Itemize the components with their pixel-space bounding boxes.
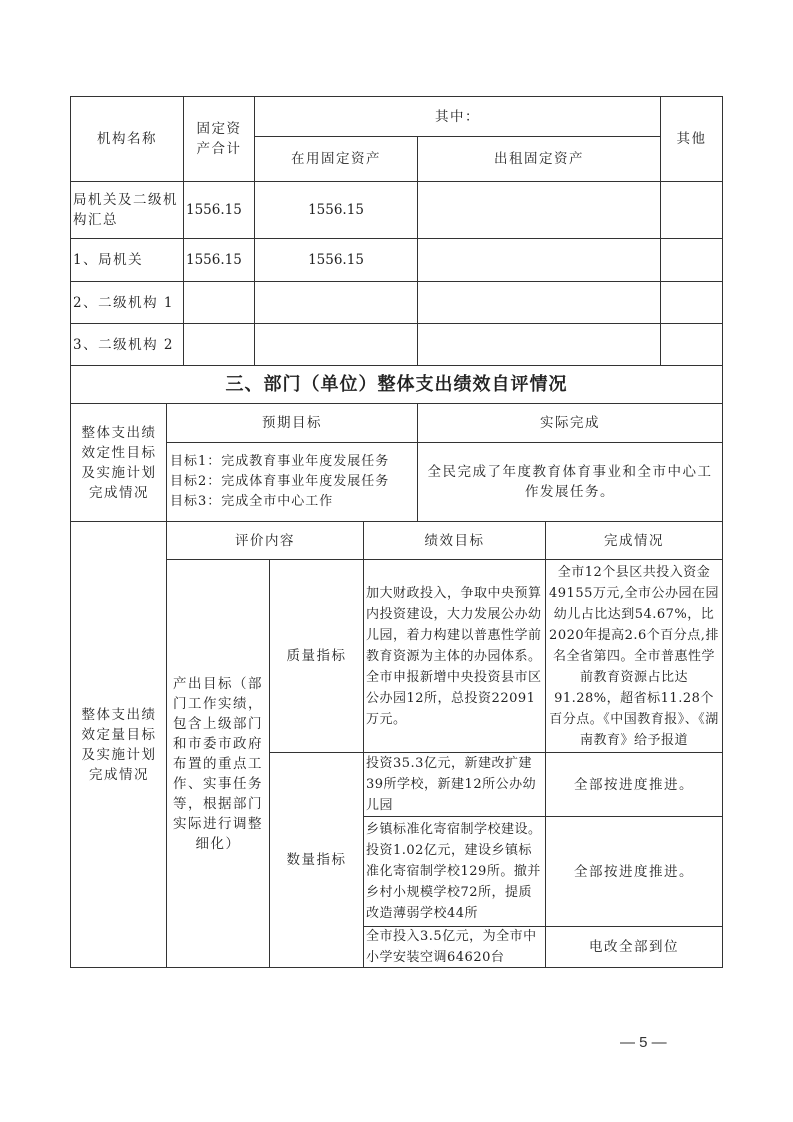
target-header: 绩效目标: [364, 522, 545, 559]
quantity-result: 电改全部到位: [546, 927, 722, 967]
quantitative-label: 整体支出绩效定量目标及实施计划完成情况: [72, 522, 166, 967]
row-name: 1、局机关: [71, 239, 183, 281]
row-total: 1556.15: [184, 182, 254, 238]
quantity-target: 投资35.3亿元，新建改扩建39所学校，新建12所公办幼儿园: [364, 753, 545, 816]
quantity-result: 全部按进度推进。: [546, 817, 722, 926]
header-in-use: 在用固定资产: [255, 137, 417, 181]
content-header: 评价内容: [167, 522, 363, 559]
quantity-target: 全市投入3.5亿元，为全市中小学安装空调64620台: [364, 927, 545, 967]
row-total: 1556.15: [184, 239, 254, 281]
header-total: 固定资产合计: [184, 97, 254, 181]
section-title: 三、部门（单位）整体支出绩效自评情况: [71, 366, 722, 403]
row-in-use: 1556.15: [255, 182, 417, 238]
header-of-which: 其中：: [255, 97, 660, 136]
quality-result: 全市12个县区共投入资金49155万元,全市公办园在园幼儿占比达到54.67%，…: [546, 560, 722, 752]
goal-item: 目标2：完成体育事业年度发展任务: [170, 472, 389, 492]
qualitative-label: 整体支出绩效定性目标及实施计划完成情况: [72, 404, 166, 521]
header-leased: 出租固定资产: [418, 137, 660, 181]
quality-target: 加大财政投入，争取中央预算内投资建设，大力发展公办幼儿园，着力构建以普惠性学前教…: [364, 560, 545, 752]
row-name: 3、二级机构 2: [71, 324, 183, 365]
expected-header: 预期目标: [167, 404, 417, 442]
goal-item: 目标3：完成全市中心工作: [170, 492, 333, 512]
row-in-use: 1556.15: [255, 239, 417, 281]
page-number: — 5 —: [620, 1034, 667, 1051]
header-other: 其他: [661, 97, 722, 181]
actual-header: 实际完成: [418, 404, 722, 442]
row-name: 2、二级机构 1: [71, 282, 183, 323]
row-name: 局机关及二级机构汇总: [71, 182, 183, 238]
result-header: 完成情况: [546, 522, 722, 559]
header-org-name: 机构名称: [71, 97, 183, 181]
output-goal: 产出目标（部门工作实绩，包含上级部门和市委市政府布置的重点工作、实事任务等，根据…: [167, 560, 269, 967]
actual-completion: 全民完成了年度教育体育事业和全市中心工作发展任务。: [418, 443, 722, 521]
quantity-indicator-label: 数量指标: [270, 753, 363, 967]
quantity-result: 全部按进度推进。: [546, 753, 722, 816]
quantity-target: 乡镇标准化寄宿制学校建设。投资1.02亿元，建设乡镇标准化寄宿制学校129所。撤…: [364, 817, 545, 926]
quality-indicator-label: 质量指标: [270, 560, 363, 752]
goals-list: 目标1：完成教育事业年度发展任务 目标2：完成体育事业年度发展任务 目标3：完成…: [167, 443, 417, 521]
table-border-right: [722, 96, 723, 968]
goal-item: 目标1：完成教育事业年度发展任务: [170, 452, 389, 472]
